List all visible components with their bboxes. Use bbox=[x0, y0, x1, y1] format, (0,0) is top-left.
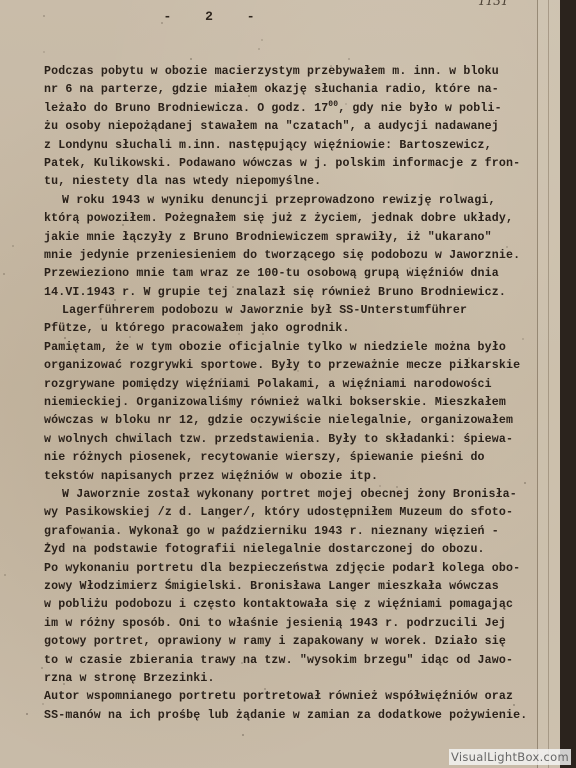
speck bbox=[390, 202, 392, 204]
watermark: VisualLightBox.com bbox=[449, 749, 571, 765]
speck bbox=[248, 95, 250, 97]
text-line: 14.VI.1943 r. W grupie tej znalazł się r… bbox=[44, 284, 539, 302]
speck bbox=[262, 333, 264, 335]
speck bbox=[349, 660, 351, 662]
speck bbox=[417, 695, 419, 697]
speck bbox=[506, 246, 508, 248]
speck bbox=[396, 486, 398, 488]
text-line: tu, niestety dla nas wtedy niepomyślne. bbox=[44, 173, 539, 191]
text-line: nie różnych piosenek, recytowanie wiersz… bbox=[44, 449, 539, 467]
text-line: Po wykonaniu portretu dla bezpieczeństwa… bbox=[44, 560, 539, 578]
speck bbox=[64, 337, 66, 339]
text-line: gotowy portret, oprawiony w ramy i zapak… bbox=[44, 633, 539, 651]
text-line: tekstów napisanych przez więźniów w oboz… bbox=[44, 468, 539, 486]
speck bbox=[241, 662, 243, 664]
speck bbox=[4, 574, 6, 576]
text-line: zowy Włodzimierz Śmigielski. Bronisława … bbox=[44, 578, 539, 596]
speck bbox=[190, 58, 192, 60]
text-line: Autor wspomnianego portretu portretował … bbox=[44, 688, 539, 706]
speck bbox=[264, 688, 266, 690]
speck bbox=[57, 363, 59, 365]
speck bbox=[440, 128, 442, 130]
text-line: grafowania. Wykonał go w październiku 19… bbox=[44, 523, 539, 541]
text-line: W roku 1943 w wyniku denuncji przeprowad… bbox=[44, 192, 539, 210]
speck bbox=[43, 15, 45, 17]
speck bbox=[348, 58, 350, 60]
speck bbox=[289, 251, 291, 253]
superscript: 00 bbox=[328, 100, 338, 109]
speck bbox=[125, 564, 127, 566]
speck bbox=[391, 256, 393, 258]
speck bbox=[232, 286, 234, 288]
text-line: Lagerführerem podobozu w Jaworznie był S… bbox=[44, 302, 539, 320]
speck bbox=[81, 537, 83, 539]
speck bbox=[42, 703, 44, 705]
text-line: w wolnych chwilach tzw. przedstawienia. … bbox=[44, 431, 539, 449]
text-line: nr 6 na parterze, gdzie miałem okazję sł… bbox=[44, 81, 539, 99]
page-edge-strip bbox=[538, 0, 560, 768]
speck bbox=[43, 51, 45, 53]
text-line: Pamiętam, że w tym obozie oficjalnie tyl… bbox=[44, 339, 539, 357]
speck bbox=[161, 22, 163, 24]
speck bbox=[330, 65, 332, 67]
speck bbox=[319, 305, 321, 307]
text-line: w pobliżu podobozu i często kontaktowała… bbox=[44, 596, 539, 614]
speck bbox=[114, 299, 116, 301]
speck bbox=[129, 336, 131, 338]
speck bbox=[356, 213, 358, 215]
archive-handwritten-mark: 1131 bbox=[478, 0, 509, 8]
speck bbox=[480, 401, 482, 403]
speck bbox=[513, 704, 515, 706]
text-line: rzna w stronę Brzezinki. bbox=[44, 670, 539, 688]
speck bbox=[143, 582, 145, 584]
speck bbox=[468, 357, 470, 359]
text-line: żu osoby niepożądanej stawałem na "czata… bbox=[44, 118, 539, 136]
speck bbox=[26, 713, 28, 715]
text-line: SS-manów na ich prośbę lub żądanie w zam… bbox=[44, 707, 539, 725]
text-line: W Jaworznie został wykonany portret moje… bbox=[44, 486, 539, 504]
text-line: Podczas pobytu w obozie macierzystym prz… bbox=[44, 63, 539, 81]
text-line: którą powoziłem. Pożegnałem się już z ży… bbox=[44, 210, 539, 228]
speck bbox=[297, 370, 299, 372]
speck bbox=[261, 39, 263, 41]
speck bbox=[218, 517, 220, 519]
speck bbox=[522, 338, 524, 340]
text-line: Pfütze, u którego pracowałem jako ogrodn… bbox=[44, 320, 539, 338]
page-number: - 2 - bbox=[0, 9, 420, 24]
text-line: Przewieziono mnie tam wraz ze 100-tu oso… bbox=[44, 265, 539, 283]
text-line: organizować rozgrywki sportowe. Były to … bbox=[44, 357, 539, 375]
text-line: rozgrywane pomiędzy więźniami Polakami, … bbox=[44, 376, 539, 394]
text-line: niemieckiej. Organizowaliśmy również wal… bbox=[44, 394, 539, 412]
text-line: z Londynu słuchali m.inn. następujący wi… bbox=[44, 137, 539, 155]
speck bbox=[233, 67, 235, 69]
speck bbox=[379, 485, 381, 487]
speck bbox=[3, 273, 5, 275]
speck bbox=[41, 667, 43, 669]
scanner-dark-edge bbox=[560, 0, 576, 768]
text-line: wówczas w bloku nr 12, gdzie oczywiście … bbox=[44, 412, 539, 430]
speck bbox=[217, 216, 219, 218]
text-line: jakie mnie łączyły z Bruno Brodniewiczem… bbox=[44, 229, 539, 247]
text-line: Patek, Kulikowski. Podawano wówczas w j.… bbox=[44, 155, 539, 173]
text-line: leżało do Bruno Brodniewicza. O godz. 17… bbox=[44, 100, 539, 118]
page-edge-line bbox=[548, 0, 549, 768]
speck bbox=[238, 68, 240, 70]
speck bbox=[72, 125, 74, 127]
speck bbox=[63, 683, 65, 685]
text-line: mnie jedynie przeniesieniem do tworząceg… bbox=[44, 247, 539, 265]
speck bbox=[409, 267, 411, 269]
typewritten-body: Podczas pobytu w obozie macierzystym prz… bbox=[44, 63, 539, 725]
speck bbox=[100, 318, 102, 320]
speck bbox=[524, 482, 526, 484]
speck bbox=[475, 200, 477, 202]
text-line: to w czasie zbierania trawy na tzw. "wys… bbox=[44, 652, 539, 670]
speck bbox=[242, 734, 244, 736]
speck bbox=[440, 640, 442, 642]
speck bbox=[258, 48, 260, 50]
text-line: Żyd na podstawie fotografii nielegalnie … bbox=[44, 541, 539, 559]
text-line: wy Pasikowskiej /z d. Langer/, który udo… bbox=[44, 504, 539, 522]
speck bbox=[345, 103, 347, 105]
speck bbox=[220, 378, 222, 380]
speck bbox=[122, 224, 124, 226]
speck bbox=[124, 510, 126, 512]
speck bbox=[238, 333, 240, 335]
speck bbox=[259, 426, 261, 428]
text-line: im w różny sposób. Oni to właśnie jesien… bbox=[44, 615, 539, 633]
speck bbox=[12, 245, 14, 247]
